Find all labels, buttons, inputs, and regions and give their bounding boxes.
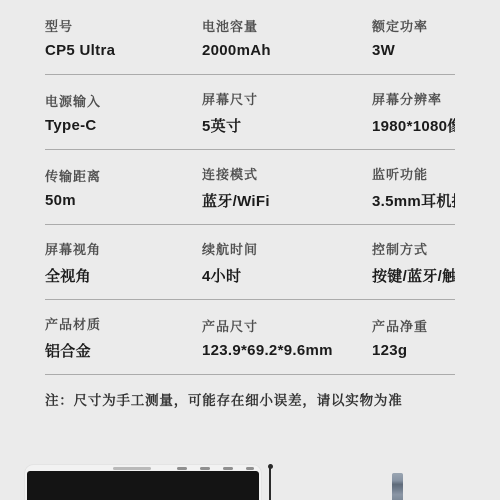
spec-rated-power: 额定功率 3W — [372, 0, 455, 74]
spec-battery-capacity: 电池容量 2000mAh — [202, 0, 372, 74]
measurement-disclaimer: 注：尺寸为手工测量，可能存在细小误差，请以实物为准 — [45, 375, 455, 409]
spec-viewing-angle-value: 全视角 — [45, 265, 202, 286]
spec-dimensions-value: 123.9*69.2*9.6mm — [202, 342, 372, 359]
antenna-image — [269, 468, 271, 500]
spec-row-5: 产品材质 铝合金 产品尺寸 123.9*69.2*9.6mm 产品净重 123g — [45, 300, 455, 375]
spec-connection-mode: 连接模式 蓝牙/WiFi — [202, 150, 372, 224]
device-port-detail — [200, 467, 210, 470]
spec-screen-resolution-label: 屏幕分辨率 — [372, 89, 455, 108]
spec-screen-size-label: 屏幕尺寸 — [202, 89, 372, 108]
spec-dimensions-label: 产品尺寸 — [202, 316, 372, 335]
device-port-detail — [223, 467, 233, 470]
spec-screen-resolution: 屏幕分辨率 1980*1080像素 — [372, 75, 455, 149]
spec-transmission-distance: 传输距离 50m — [45, 150, 202, 224]
spec-control-method-value: 按键/蓝牙/触屏 — [372, 265, 455, 286]
spec-table: 型号 CP5 Ultra 电池容量 2000mAh 额定功率 3W 电源输入 T… — [0, 0, 500, 409]
spec-battery-capacity-label: 电池容量 — [202, 16, 372, 35]
spec-power-input-value: Type-C — [45, 117, 202, 134]
spec-monitor-function: 监听功能 3.5mm耳机接口 — [372, 150, 455, 224]
usb-stick-image — [392, 473, 403, 500]
device-port-detail — [177, 467, 187, 470]
spec-row-2: 电源输入 Type-C 屏幕尺寸 5英寸 屏幕分辨率 1980*1080像素 — [45, 75, 455, 150]
spec-battery-life: 续航时间 4小时 — [202, 225, 372, 299]
device-logo-mark — [113, 467, 151, 470]
spec-material-value: 铝合金 — [45, 340, 202, 361]
spec-battery-capacity-value: 2000mAh — [202, 42, 372, 59]
spec-screen-resolution-value: 1980*1080像素 — [372, 115, 455, 136]
spec-row-4: 屏幕视角 全视角 续航时间 4小时 控制方式 按键/蓝牙/触屏 — [45, 225, 455, 300]
spec-net-weight-label: 产品净重 — [372, 316, 455, 335]
spec-battery-life-label: 续航时间 — [202, 239, 372, 258]
spec-power-input: 电源输入 Type-C — [45, 75, 202, 149]
spec-model-label: 型号 — [45, 16, 202, 35]
spec-screen-size-value: 5英寸 — [202, 115, 372, 136]
spec-viewing-angle-label: 屏幕视角 — [45, 239, 202, 258]
spec-transmission-distance-label: 传输距离 — [45, 166, 202, 185]
tablet-device-image — [25, 465, 261, 500]
spec-material: 产品材质 铝合金 — [45, 300, 202, 374]
spec-model: 型号 CP5 Ultra — [45, 0, 202, 74]
device-screen — [27, 471, 259, 500]
spec-row-1: 型号 CP5 Ultra 电池容量 2000mAh 额定功率 3W — [45, 0, 455, 75]
spec-model-value: CP5 Ultra — [45, 42, 202, 59]
spec-rated-power-value: 3W — [372, 42, 455, 59]
spec-connection-mode-label: 连接模式 — [202, 164, 372, 183]
spec-net-weight-value: 123g — [372, 342, 455, 359]
product-photo — [0, 420, 500, 500]
spec-rated-power-label: 额定功率 — [372, 16, 455, 35]
spec-row-3: 传输距离 50m 连接模式 蓝牙/WiFi 监听功能 3.5mm耳机接口 — [45, 150, 455, 225]
spec-viewing-angle: 屏幕视角 全视角 — [45, 225, 202, 299]
spec-monitor-function-label: 监听功能 — [372, 164, 455, 183]
product-spec-sheet: 型号 CP5 Ultra 电池容量 2000mAh 额定功率 3W 电源输入 T… — [0, 0, 500, 500]
spec-battery-life-value: 4小时 — [202, 265, 372, 286]
spec-transmission-distance-value: 50m — [45, 192, 202, 209]
device-port-detail — [246, 467, 254, 470]
spec-material-label: 产品材质 — [45, 314, 202, 333]
spec-connection-mode-value: 蓝牙/WiFi — [202, 190, 372, 211]
spec-net-weight: 产品净重 123g — [372, 300, 455, 374]
spec-power-input-label: 电源输入 — [45, 91, 202, 110]
spec-screen-size: 屏幕尺寸 5英寸 — [202, 75, 372, 149]
spec-control-method: 控制方式 按键/蓝牙/触屏 — [372, 225, 455, 299]
spec-control-method-label: 控制方式 — [372, 239, 455, 258]
spec-dimensions: 产品尺寸 123.9*69.2*9.6mm — [202, 300, 372, 374]
spec-monitor-function-value: 3.5mm耳机接口 — [372, 190, 455, 211]
